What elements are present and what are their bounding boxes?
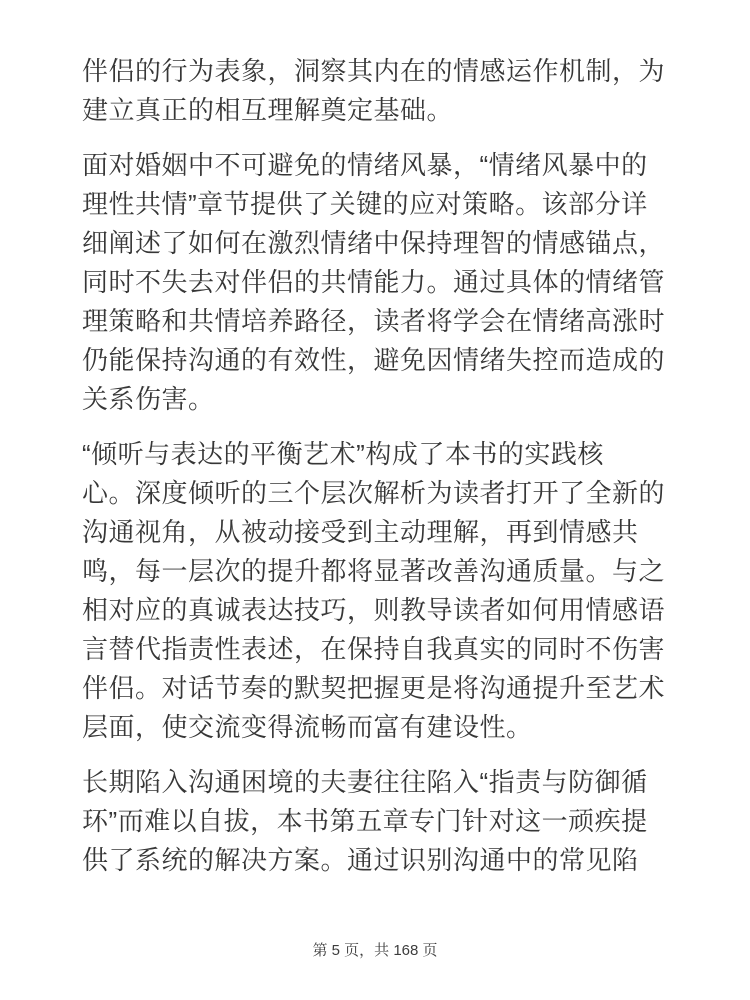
page-content: 伴侣的行为表象，洞察其内在的情感运作机制，为 建立真正的相互理解奠定基础。 面对…: [82, 52, 668, 896]
page-footer: 第 5 页，共 168 页: [0, 941, 750, 961]
paragraph-3: “倾听与表达的平衡艺术”构成了本书的实践核 心。深度倾听的三个层次解析为读者打开…: [82, 435, 668, 747]
document-page: 伴侣的行为表象，洞察其内在的情感运作机制，为 建立真正的相互理解奠定基础。 面对…: [0, 0, 750, 1000]
paragraph-4: 长期陷入沟通困境的夫妻往往陷入“指责与防御循 环”而难以自拔，本书第五章专门针对…: [82, 763, 668, 880]
paragraph-2: 面对婚姻中不可避免的情绪风暴，“情绪风暴中的 理性共情”章节提供了关键的应对策略…: [82, 146, 668, 419]
paragraph-1: 伴侣的行为表象，洞察其内在的情感运作机制，为 建立真正的相互理解奠定基础。: [82, 52, 668, 130]
page-number-label: 第 5 页，共 168 页: [312, 942, 437, 959]
